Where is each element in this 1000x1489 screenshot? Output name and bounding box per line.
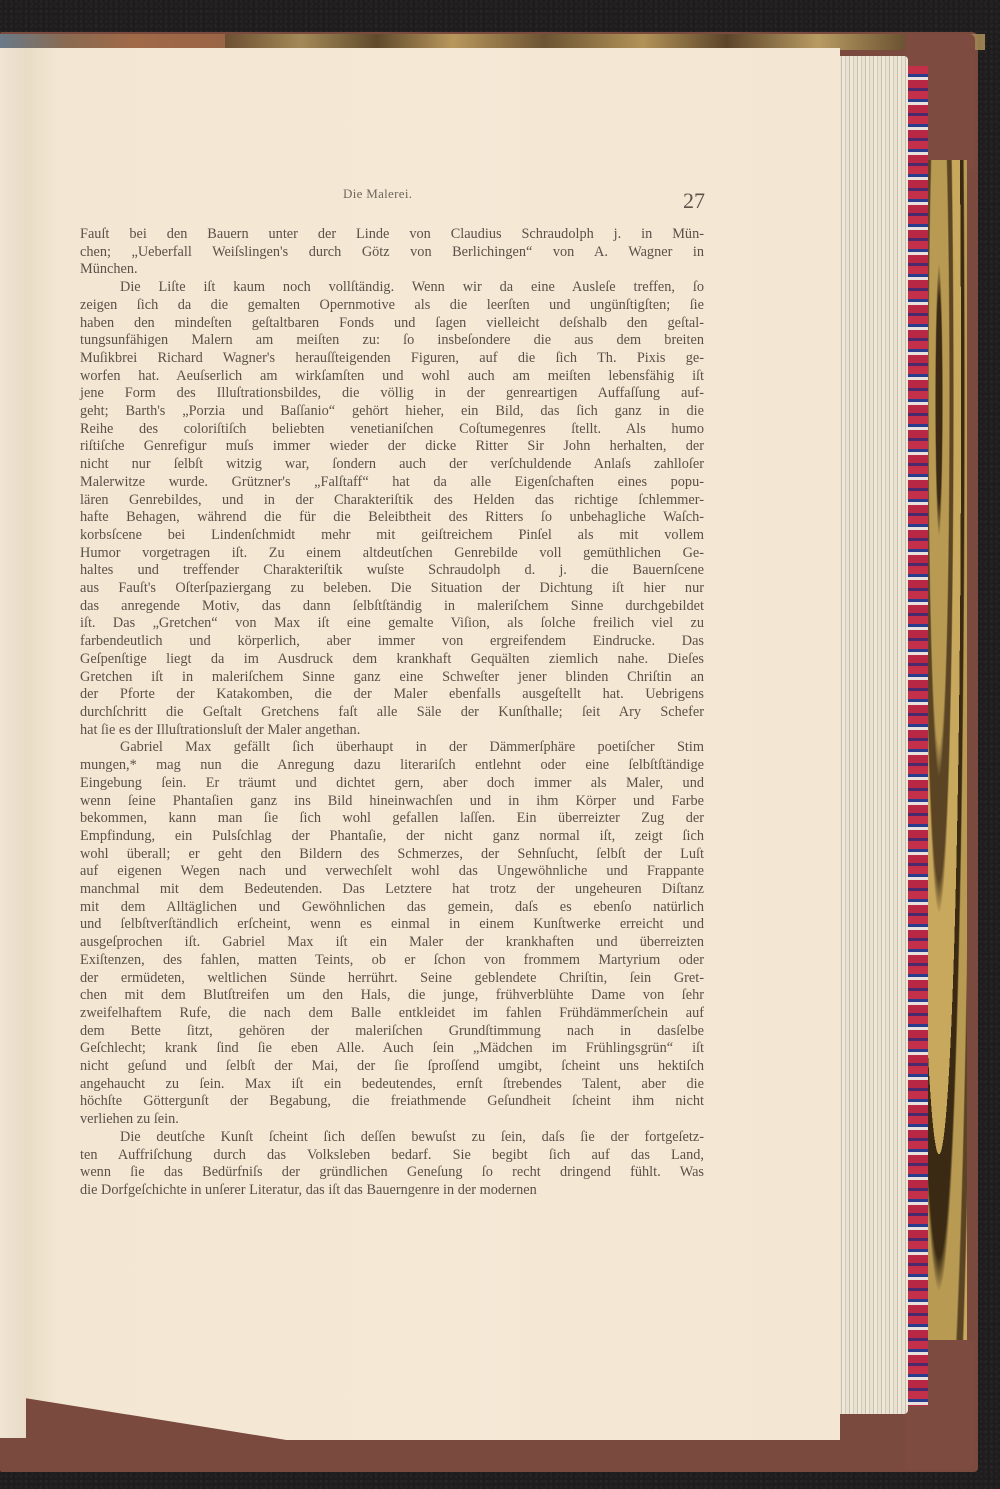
- text-line: haben den mindeſten geſtaltbaren Fonds u…: [80, 315, 704, 333]
- text-line: Geſpenſtige liegt da im Ausdruck dem kra…: [80, 651, 704, 669]
- text-line: Fauſt bei den Bauern unter der Linde von…: [80, 226, 704, 244]
- text-line: lären Genrebildes, und in der Charakteri…: [80, 492, 704, 510]
- text-line: nicht nur ſelbſt witzig war, ſondern auc…: [80, 456, 704, 474]
- text-line: riſtiſche Genrefigur muſs immer wieder d…: [80, 438, 704, 456]
- running-head: Die Malerei.: [343, 186, 412, 202]
- text-line: und ſelbſtverſtändlich erſcheint, wenn e…: [80, 916, 704, 934]
- text-line: Empfindung, ein Pulsſchlag der Phantaſie…: [80, 828, 704, 846]
- paragraph: Die Liſte iſt kaum noch vollſtändig. Wen…: [80, 279, 704, 739]
- text-line: durchſchritt die Geſtalt Gretchens faſt …: [80, 704, 704, 722]
- text-line: bekommen, kann man ſie ſich wohl gefalle…: [80, 810, 704, 828]
- left-page-sliver: [0, 48, 26, 1438]
- text-line: nicht geſund und ſelbſt der Mai, der ſie…: [80, 1058, 704, 1076]
- paragraph: Die deutſche Kunſt ſcheint ſich deſſen b…: [80, 1129, 704, 1200]
- text-line: aus Fauſt's Oſterſpaziergang zu beleben.…: [80, 580, 704, 598]
- text-line: Eingebung ſein. Er träumt und dichtet ge…: [80, 775, 704, 793]
- text-line: korbsſcene bei Lindenſchmidt mehr mit ge…: [80, 527, 704, 545]
- text-line: Humor vorgetragen iſt. Zu einem altdeutſ…: [80, 545, 704, 563]
- text-line: hat ſie es der Illuſtrationsluſt der Mal…: [80, 722, 704, 740]
- text-line: zeigen ſich da die gemalten Opernmotive …: [80, 297, 704, 315]
- text-line: mit dem Alltäglichen und Gewöhnlichen da…: [80, 899, 704, 917]
- text-line: manchmal mit dem Bedeutenden. Das Letzte…: [80, 881, 704, 899]
- text-line: wohl überall; er geht den Bildern des Sc…: [80, 846, 704, 864]
- text-line: Die deutſche Kunſt ſcheint ſich deſſen b…: [80, 1129, 704, 1147]
- text-line: farbendeutlich und körperlich, aber imme…: [80, 633, 704, 651]
- text-line: der ermüdeten, weltlichen Sünde herrührt…: [80, 970, 704, 988]
- text-line: haltes und treffender Charakteriſtik wuſ…: [80, 562, 704, 580]
- text-line: wenn ſeine Phantaſien ganz ins Bild hine…: [80, 793, 704, 811]
- text-line: Muſikbrei Richard Wagner's herauſſteigen…: [80, 350, 704, 368]
- cover-marbled-paper-right: [927, 160, 967, 1360]
- text-line: tungsunfähigen Malern am meiſten zu: ſo …: [80, 332, 704, 350]
- text-line: Malerwitze wurde. Grützner's „Falſtaff“ …: [80, 474, 704, 492]
- text-line: das anregende Motiv, das dann ſelbſtſtän…: [80, 598, 704, 616]
- text-line: angehaucht zu ſein. Max iſt ein bedeuten…: [80, 1076, 704, 1094]
- text-line: ausgeſprochen iſt. Gabriel Max iſt ein M…: [80, 934, 704, 952]
- text-line: hafte Behagen, während die für die Belei…: [80, 509, 704, 527]
- text-line: auf eigenen Wegen nach und verwechſelt w…: [80, 863, 704, 881]
- text-line: iſt. Das „Gretchen“ von Max iſt eine gem…: [80, 615, 704, 633]
- text-line: jene Form des Illuſtrationsbildes, die v…: [80, 385, 704, 403]
- text-line: chen; „Ueberfall Weiſslingen's durch Göt…: [80, 244, 704, 262]
- text-line: Geſchlecht; krank ſind ſie eben Alle. Au…: [80, 1040, 704, 1058]
- page-number: 27: [683, 188, 705, 214]
- text-line: Gretchen iſt in maleriſchem Sinne ganz e…: [80, 669, 704, 687]
- text-line: ten Auffriſchung durch das Volksleben be…: [80, 1147, 704, 1165]
- text-line: Gabriel Max gefällt ſich überhaupt in de…: [80, 739, 704, 757]
- text-line: chen mit dem Blutſtreifen um den Hals, d…: [80, 987, 704, 1005]
- text-line: wenn ſie das Bedürfniſs der gründlichen …: [80, 1164, 704, 1182]
- paragraph: Fauſt bei den Bauern unter der Linde von…: [80, 226, 704, 279]
- text-line: mungen,* mag nun die Anregung dazu liter…: [80, 757, 704, 775]
- text-line: geht; Barth's „Porzia und Baſſanio“ gehö…: [80, 403, 704, 421]
- cover-top-edge-left: [0, 34, 225, 50]
- body-text: Fauſt bei den Bauern unter der Linde von…: [80, 226, 704, 1200]
- text-line: verliehen zu ſein.: [80, 1111, 704, 1129]
- text-line: zweifelhaftem Rufe, die nach dem Balle e…: [80, 1005, 704, 1023]
- text-line: höchſte Göttergunſt der Begabung, die fr…: [80, 1093, 704, 1111]
- paragraph: Gabriel Max gefällt ſich überhaupt in de…: [80, 739, 704, 1128]
- text-line: München.: [80, 261, 704, 279]
- cover-marbled-paper-top: [225, 34, 985, 50]
- text-line: Exiſtenzen, des fahlen, matten Teints, o…: [80, 952, 704, 970]
- text-line: dem Bette ſitzt, gehören der maleriſchen…: [80, 1023, 704, 1041]
- text-line: Reihe des coloriſtiſch beliebten venetia…: [80, 421, 704, 439]
- text-line: worfen hat. Aeuſserlich am wirkſamſten u…: [80, 368, 704, 386]
- text-line: Die Liſte iſt kaum noch vollſtändig. Wen…: [80, 279, 704, 297]
- marbled-page-edge: [906, 66, 928, 1406]
- text-line: die Dorfgeſchichte in unſerer Literatur,…: [80, 1182, 704, 1200]
- text-line: der Pforte der Katakomben, die der Maler…: [80, 686, 704, 704]
- page-stack-edge: [838, 56, 908, 1414]
